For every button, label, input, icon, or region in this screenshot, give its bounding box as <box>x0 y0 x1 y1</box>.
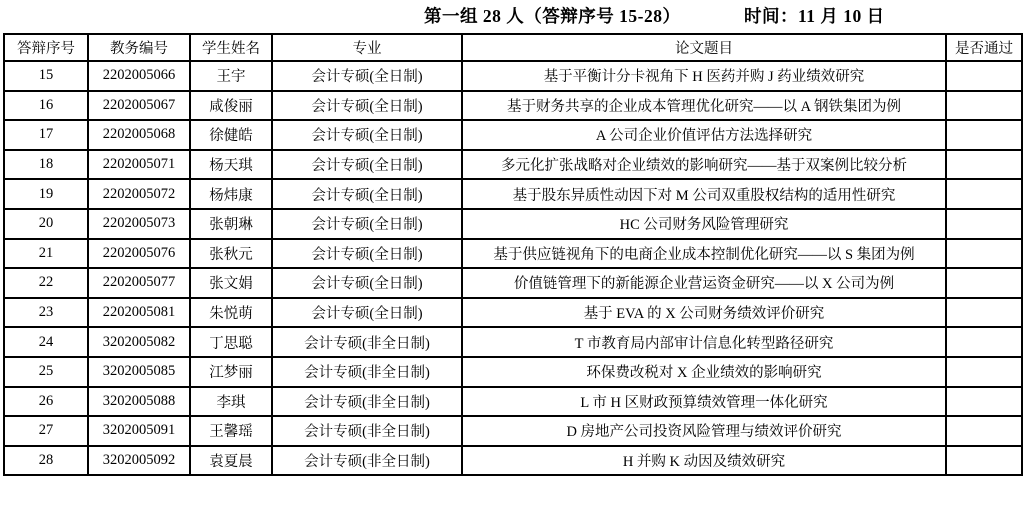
name-cell: 袁夏晨 <box>190 446 272 476</box>
thesis-cell: HC 公司财务风险管理研究 <box>462 209 946 239</box>
id-cell: 3202005091 <box>88 416 190 446</box>
pass-cell <box>946 446 1022 476</box>
pass-cell <box>946 209 1022 239</box>
table-row: 222202005077张文娟会计专硕(全日制)价值链管理下的新能源企业营运资金… <box>4 268 1022 298</box>
seq-cell: 27 <box>4 416 88 446</box>
seq-cell: 15 <box>4 61 88 91</box>
seq-cell: 24 <box>4 327 88 357</box>
name-cell: 张秋元 <box>190 239 272 269</box>
major-cell: 会计专硕(非全日制) <box>272 387 462 417</box>
table-row: 152202005066王宇会计专硕(全日制)基于平衡计分卡视角下 H 医药并购… <box>4 61 1022 91</box>
pass-cell <box>946 357 1022 387</box>
thesis-cell: 价值链管理下的新能源企业营运资金研究——以 X 公司为例 <box>462 268 946 298</box>
id-cell: 2202005081 <box>88 298 190 328</box>
column-header-seq: 答辩序号 <box>4 34 88 61</box>
thesis-cell: A 公司企业价值评估方法选择研究 <box>462 120 946 150</box>
column-header-pass: 是否通过 <box>946 34 1022 61</box>
seq-cell: 20 <box>4 209 88 239</box>
pass-cell <box>946 91 1022 121</box>
defense-schedule-page: 第一组 28 人（答辩序号 15-28） 时间：11 月 10 日 答辩序号教务… <box>0 0 1024 510</box>
table-row: 202202005073张朝琳会计专硕(全日制)HC 公司财务风险管理研究 <box>4 209 1022 239</box>
pass-cell <box>946 416 1022 446</box>
name-cell: 李琪 <box>190 387 272 417</box>
column-header-id: 教务编号 <box>88 34 190 61</box>
id-cell: 3202005092 <box>88 446 190 476</box>
id-cell: 2202005072 <box>88 179 190 209</box>
major-cell: 会计专硕(全日制) <box>272 179 462 209</box>
table-row: 232202005081朱悦萌会计专硕(全日制)基于 EVA 的 X 公司财务绩… <box>4 298 1022 328</box>
name-cell: 张朝琳 <box>190 209 272 239</box>
major-cell: 会计专硕(全日制) <box>272 268 462 298</box>
major-cell: 会计专硕(全日制) <box>272 120 462 150</box>
column-header-name: 学生姓名 <box>190 34 272 61</box>
thesis-cell: H 并购 K 动因及绩效研究 <box>462 446 946 476</box>
major-cell: 会计专硕(全日制) <box>272 91 462 121</box>
name-cell: 王宇 <box>190 61 272 91</box>
thesis-cell: 基于股东异质性动因下对 M 公司双重股权结构的适用性研究 <box>462 179 946 209</box>
seq-cell: 25 <box>4 357 88 387</box>
id-cell: 3202005088 <box>88 387 190 417</box>
name-cell: 咸俊丽 <box>190 91 272 121</box>
table-row: 172202005068徐健皓会计专硕(全日制)A 公司企业价值评估方法选择研究 <box>4 120 1022 150</box>
table-row: 162202005067咸俊丽会计专硕(全日制)基于财务共享的企业成本管理优化研… <box>4 91 1022 121</box>
seq-cell: 19 <box>4 179 88 209</box>
table-row: 182202005071杨天琪会计专硕(全日制)多元化扩张战略对企业绩效的影响研… <box>4 150 1022 180</box>
major-cell: 会计专硕(全日制) <box>272 61 462 91</box>
pass-cell <box>946 268 1022 298</box>
seq-cell: 26 <box>4 387 88 417</box>
major-cell: 会计专硕(非全日制) <box>272 357 462 387</box>
name-cell: 徐健皓 <box>190 120 272 150</box>
page-header: 第一组 28 人（答辩序号 15-28） 时间：11 月 10 日 <box>0 0 1024 33</box>
major-cell: 会计专硕(全日制) <box>272 298 462 328</box>
table-row: 263202005088李琪会计专硕(非全日制)L 市 H 区财政预算绩效管理一… <box>4 387 1022 417</box>
thesis-cell: 环保费改税对 X 企业绩效的影响研究 <box>462 357 946 387</box>
thesis-cell: 基于 EVA 的 X 公司财务绩效评价研究 <box>462 298 946 328</box>
id-cell: 2202005067 <box>88 91 190 121</box>
table-row: 243202005082丁思聪会计专硕(非全日制)T 市教育局内部审计信息化转型… <box>4 327 1022 357</box>
major-cell: 会计专硕(全日制) <box>272 209 462 239</box>
seq-cell: 28 <box>4 446 88 476</box>
group-title: 第一组 28 人（答辩序号 15-28） <box>424 3 680 28</box>
thesis-cell: 多元化扩张战略对企业绩效的影响研究——基于双案例比较分析 <box>462 150 946 180</box>
major-cell: 会计专硕(非全日制) <box>272 327 462 357</box>
thesis-cell: T 市教育局内部审计信息化转型路径研究 <box>462 327 946 357</box>
name-cell: 朱悦萌 <box>190 298 272 328</box>
table-header-row: 答辩序号教务编号学生姓名专业论文题目是否通过 <box>4 34 1022 61</box>
major-cell: 会计专硕(非全日制) <box>272 416 462 446</box>
seq-cell: 23 <box>4 298 88 328</box>
id-cell: 2202005068 <box>88 120 190 150</box>
column-header-thesis: 论文题目 <box>462 34 946 61</box>
id-cell: 2202005071 <box>88 150 190 180</box>
seq-cell: 22 <box>4 268 88 298</box>
name-cell: 王馨瑶 <box>190 416 272 446</box>
pass-cell <box>946 150 1022 180</box>
thesis-cell: 基于平衡计分卡视角下 H 医药并购 J 药业绩效研究 <box>462 61 946 91</box>
name-cell: 丁思聪 <box>190 327 272 357</box>
major-cell: 会计专硕(非全日制) <box>272 446 462 476</box>
table-row: 273202005091王馨瑶会计专硕(非全日制)D 房地产公司投资风险管理与绩… <box>4 416 1022 446</box>
table-row: 192202005072杨炜康会计专硕(全日制)基于股东异质性动因下对 M 公司… <box>4 179 1022 209</box>
thesis-cell: 基于财务共享的企业成本管理优化研究——以 A 钢铁集团为例 <box>462 91 946 121</box>
id-cell: 2202005066 <box>88 61 190 91</box>
thesis-cell: 基于供应链视角下的电商企业成本控制优化研究——以 S 集团为例 <box>462 239 946 269</box>
seq-cell: 16 <box>4 91 88 121</box>
defense-schedule-table: 答辩序号教务编号学生姓名专业论文题目是否通过 152202005066王宇会计专… <box>3 33 1023 476</box>
pass-cell <box>946 298 1022 328</box>
seq-cell: 18 <box>4 150 88 180</box>
seq-cell: 17 <box>4 120 88 150</box>
seq-cell: 21 <box>4 239 88 269</box>
name-cell: 张文娟 <box>190 268 272 298</box>
table-row: 253202005085江梦丽会计专硕(非全日制)环保费改税对 X 企业绩效的影… <box>4 357 1022 387</box>
time-label: 时间：11 月 10 日 <box>744 3 885 28</box>
table-row: 212202005076张秋元会计专硕(全日制)基于供应链视角下的电商企业成本控… <box>4 239 1022 269</box>
id-cell: 2202005073 <box>88 209 190 239</box>
thesis-cell: D 房地产公司投资风险管理与绩效评价研究 <box>462 416 946 446</box>
id-cell: 2202005077 <box>88 268 190 298</box>
table-row: 283202005092袁夏晨会计专硕(非全日制)H 并购 K 动因及绩效研究 <box>4 446 1022 476</box>
name-cell: 杨天琪 <box>190 150 272 180</box>
name-cell: 杨炜康 <box>190 179 272 209</box>
id-cell: 2202005076 <box>88 239 190 269</box>
name-cell: 江梦丽 <box>190 357 272 387</box>
pass-cell <box>946 327 1022 357</box>
pass-cell <box>946 61 1022 91</box>
pass-cell <box>946 387 1022 417</box>
major-cell: 会计专硕(全日制) <box>272 239 462 269</box>
column-header-major: 专业 <box>272 34 462 61</box>
pass-cell <box>946 239 1022 269</box>
pass-cell <box>946 120 1022 150</box>
id-cell: 3202005085 <box>88 357 190 387</box>
id-cell: 3202005082 <box>88 327 190 357</box>
thesis-cell: L 市 H 区财政预算绩效管理一体化研究 <box>462 387 946 417</box>
major-cell: 会计专硕(全日制) <box>272 150 462 180</box>
pass-cell <box>946 179 1022 209</box>
